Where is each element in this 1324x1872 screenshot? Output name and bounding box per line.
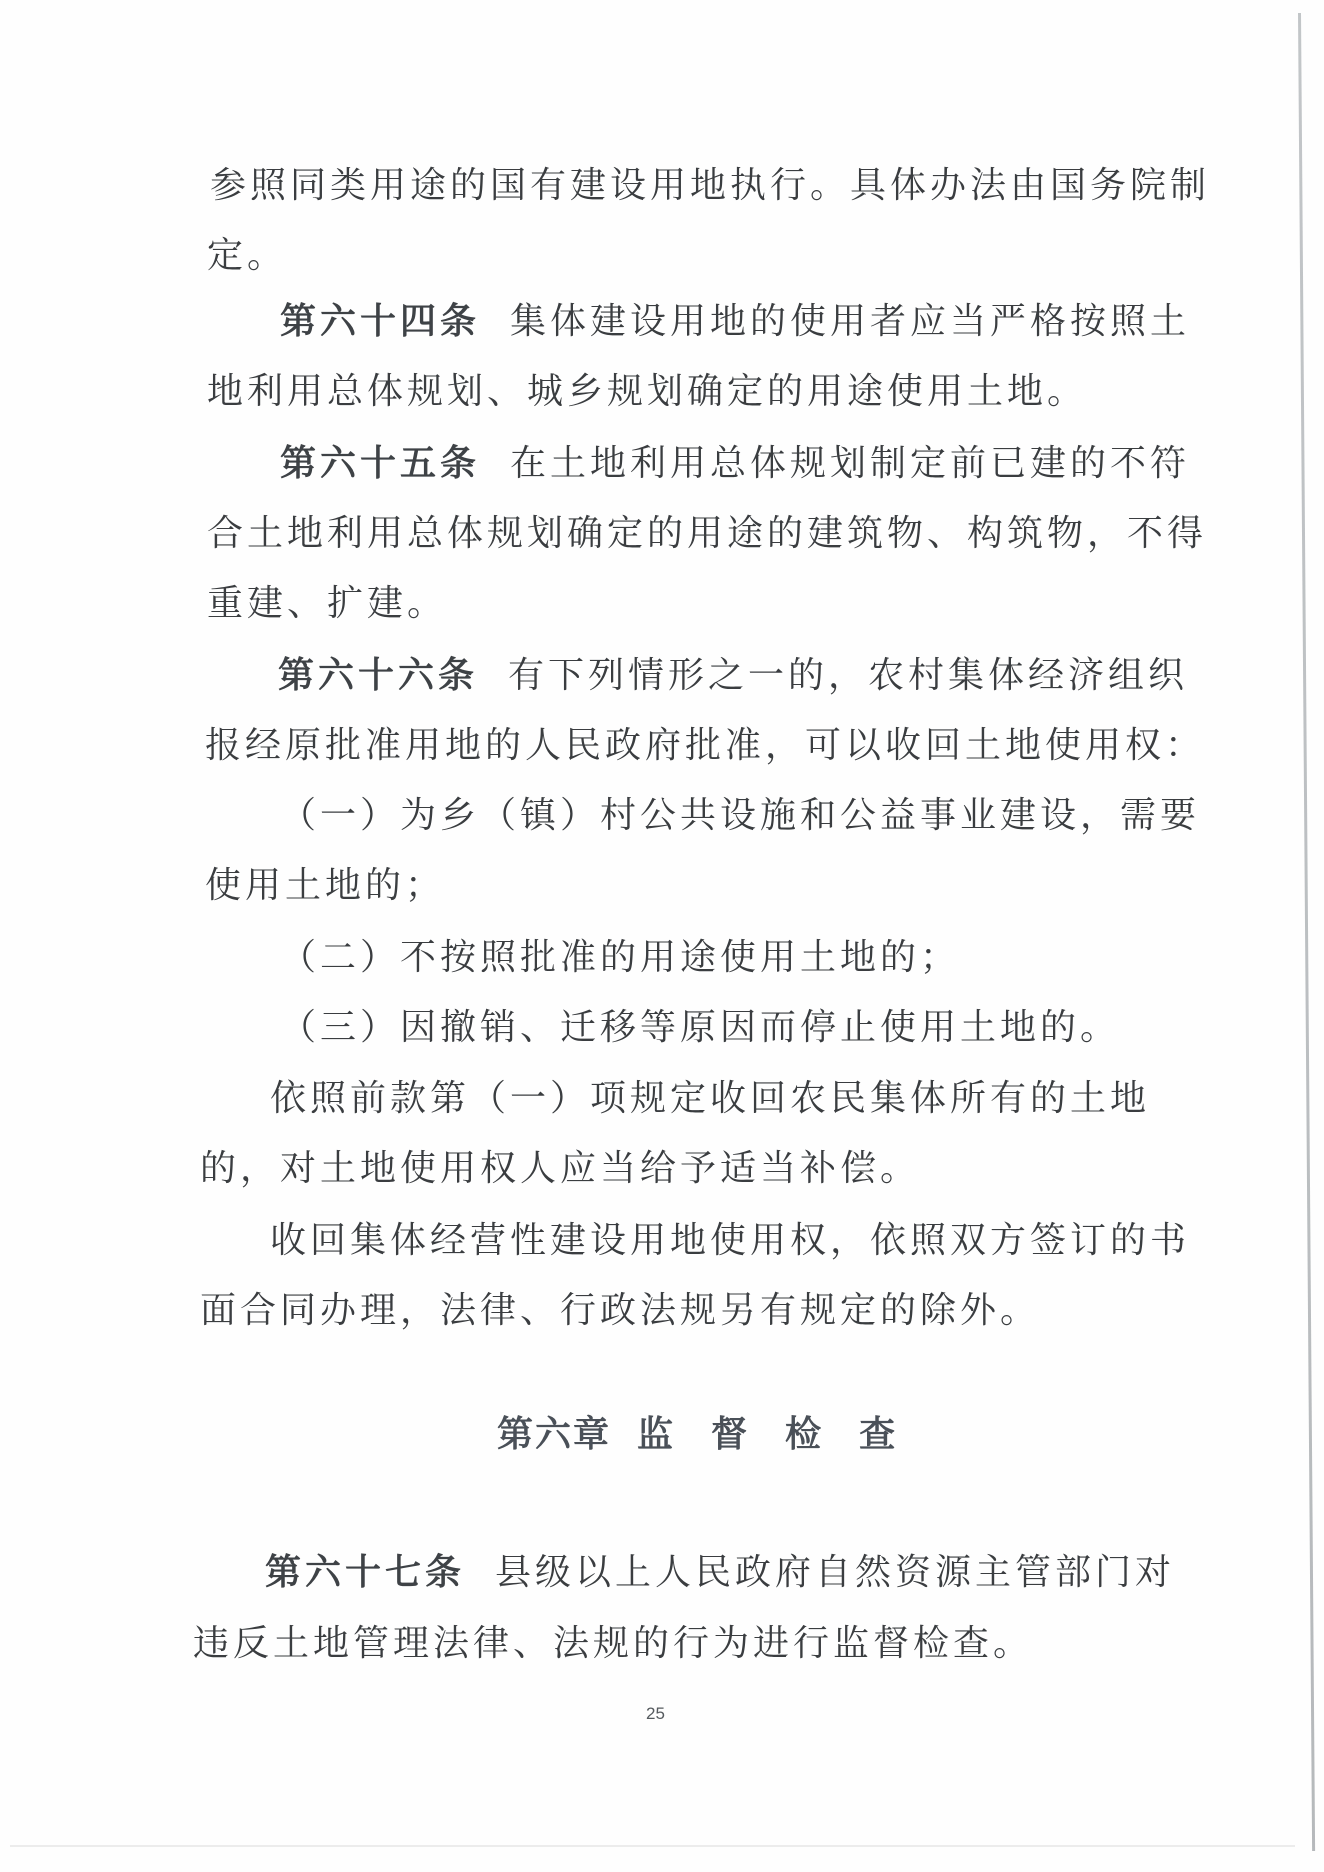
line-text: 参照同类用途的国有建设用地执行。具体办法由国务院制 — [210, 165, 1210, 206]
text-line: 的，对土地使用权人应当给予适当补偿。 — [200, 1149, 920, 1189]
line-text: 违反土地管理法律、法规的行为进行监督检查。 — [193, 1623, 1033, 1664]
heading-char: 检 — [785, 1414, 823, 1455]
scanned-page: 参照同类用途的国有建设用地执行。具体办法由国务院制 定。 第六十四条集体建设用地… — [0, 0, 1324, 1872]
text-line: 地利用总体规划、城乡规划确定的用途使用土地。 — [207, 372, 1087, 412]
line-text: 收回集体经营性建设用地使用权，依照双方签订的书 — [270, 1220, 1190, 1261]
line-text: 依照前款第（一）项规定收回农民集体所有的土地 — [270, 1078, 1150, 1119]
line-text: （二）不按照批准的用途使用土地的； — [280, 937, 960, 978]
line-text: 报经原批准用地的人民政府批准，可以收回土地使用权： — [205, 725, 1205, 766]
heading-char: 监 — [637, 1414, 675, 1455]
text-line: 参照同类用途的国有建设用地执行。具体办法由国务院制 — [210, 166, 1210, 206]
heading-char: 督 — [711, 1414, 749, 1455]
list-item: （一）为乡（镇）村公共设施和公益事业建设，需要 — [280, 796, 1200, 836]
list-item: （三）因撤销、迁移等原因而停止使用土地的。 — [280, 1008, 1120, 1048]
line-text: 有下列情形之一的，农村集体经济组织 — [508, 655, 1188, 696]
page-number: 25 — [646, 1704, 665, 1724]
text-line: 依照前款第（一）项规定收回农民集体所有的土地 — [270, 1079, 1150, 1119]
line-text: 地利用总体规划、城乡规划确定的用途使用土地。 — [207, 371, 1087, 412]
article-65-line: 第六十五条在土地利用总体规划制定前已建的不符 — [280, 444, 1190, 484]
text-line: 违反土地管理法律、法规的行为进行监督检查。 — [193, 1624, 1033, 1664]
article-label: 第六十六条 — [278, 655, 478, 696]
text-line: 收回集体经营性建设用地使用权，依照双方签订的书 — [270, 1221, 1190, 1261]
article-label: 第六十七条 — [265, 1552, 465, 1593]
text-line: 报经原批准用地的人民政府批准，可以收回土地使用权： — [205, 726, 1205, 766]
heading-char: 查 — [859, 1414, 897, 1455]
chapter-number: 第六章 — [497, 1414, 611, 1455]
line-text: （一）为乡（镇）村公共设施和公益事业建设，需要 — [280, 795, 1200, 836]
list-item: （二）不按照批准的用途使用土地的； — [280, 938, 960, 978]
scan-page-edge-right — [1298, 13, 1315, 1851]
line-text: 的，对土地使用权人应当给予适当补偿。 — [200, 1148, 920, 1189]
text-line: 面合同办理，法律、行政法规另有规定的除外。 — [200, 1291, 1040, 1331]
text-line: 合土地利用总体规划确定的用途的建筑物、构筑物，不得 — [207, 514, 1207, 554]
line-text: 重建、扩建。 — [207, 583, 447, 624]
line-text: 县级以上人民政府自然资源主管部门对 — [495, 1552, 1175, 1593]
chapter-heading: 第六章监督检查 — [497, 1413, 897, 1457]
line-text: 使用土地的； — [205, 865, 445, 906]
article-66-line: 第六十六条有下列情形之一的，农村集体经济组织 — [278, 656, 1188, 696]
line-text: 定。 — [207, 235, 287, 276]
text-line: 使用土地的； — [205, 866, 445, 906]
text-line: 定。 — [207, 236, 287, 276]
article-67-line: 第六十七条县级以上人民政府自然资源主管部门对 — [265, 1553, 1175, 1593]
text-line: 重建、扩建。 — [207, 584, 447, 624]
line-text: 集体建设用地的使用者应当严格按照土 — [510, 301, 1190, 342]
article-64-line: 第六十四条集体建设用地的使用者应当严格按照土 — [280, 302, 1190, 342]
article-label: 第六十五条 — [280, 443, 480, 484]
line-text: 面合同办理，法律、行政法规另有规定的除外。 — [200, 1290, 1040, 1331]
article-label: 第六十四条 — [280, 301, 480, 342]
line-text: 合土地利用总体规划确定的用途的建筑物、构筑物，不得 — [207, 513, 1207, 554]
line-text: （三）因撤销、迁移等原因而停止使用土地的。 — [280, 1007, 1120, 1048]
line-text: 在土地利用总体规划制定前已建的不符 — [510, 443, 1190, 484]
scan-page-edge-bottom — [10, 1845, 1295, 1847]
